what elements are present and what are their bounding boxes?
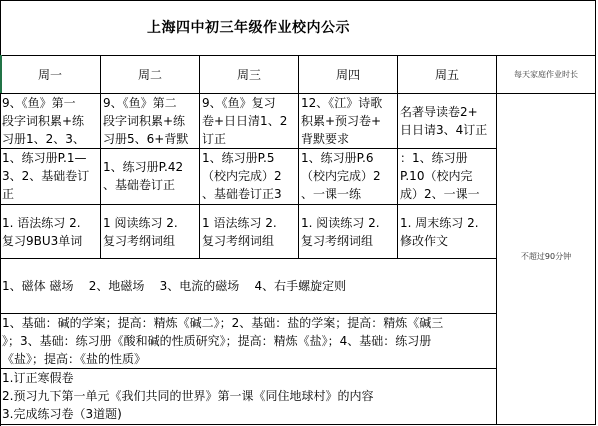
english-monday: 1. 语法练习 2.复习9BU3单词: [0, 205, 101, 259]
cell-text-line: 》；3、基础：练习册《酸和碱的性质研究》；提高：精炼《盐》；4、基础：练习册: [2, 332, 494, 350]
cell-text-line: 《盐》；提高：《盐的性质》: [2, 350, 494, 368]
cell-text-line: 1. 语法练习 2.: [2, 214, 98, 232]
chinese-tuesday: 9、《鱼》第二段字词积累+练习册5、6+背默: [101, 94, 200, 149]
cell-text-line: 3.完成练习卷（3道题): [2, 405, 494, 423]
cell-text-line: 、基础卷订正: [103, 176, 197, 194]
cell-text-line: 修改作文: [400, 232, 494, 250]
cell-text-line: 12、《江》诗歌: [301, 94, 395, 112]
chemistry-week: 1、基础：碱的学案；提高：精炼《碱二》；2、基础：盐的学案；提高：精炼《碱三》；…: [0, 314, 497, 369]
politics-week: 1.订正寒假卷2.预习九下第一单元《我们共同的世界》第一课《同住地球村》的内容3…: [0, 369, 497, 425]
cell-text-line: 9、《鱼》复习: [202, 94, 296, 112]
cell-text-line: 习册1、2、3、: [2, 130, 98, 148]
cell-text-line: 段字词积累+练: [2, 112, 98, 130]
cell-text-line: 习册5、6+背默: [103, 130, 197, 148]
cell-text-line: 9、《鱼》第二: [103, 94, 197, 112]
math-thursday: 1、练习册P.6（校内完成）2、一课一练: [299, 149, 398, 205]
daily-duration-value: 不超过90分钟: [497, 94, 596, 425]
english-tuesday: 1 阅读练习 2.复习考纲词组: [101, 205, 200, 259]
math-wednesday: 1、练习册P.5（校内完成）2、基础卷订正3: [200, 149, 299, 205]
english-friday: 1. 周末练习 2.修改作文: [398, 205, 497, 259]
chinese-monday: 9、《鱼》第一段字词积累+练习册1、2、3、: [0, 94, 101, 149]
cell-text-line: 、基础卷订正3: [202, 185, 296, 203]
cell-text-line: 9、《鱼》第一: [2, 94, 98, 112]
cell-text-line: 订正: [202, 130, 296, 148]
cell-text-line: （校内完成）2: [202, 167, 296, 185]
time-limit-text: 不超过90分钟: [521, 248, 571, 266]
cell-text-line: （校内完成）2: [301, 167, 395, 185]
header-monday: 周一: [0, 56, 101, 94]
cell-text-line: 1、练习册P.42: [103, 158, 197, 176]
cell-text-line: 日日请3、4订正: [400, 121, 494, 139]
physics-week: 1、磁体 磁场 2、地磁场 3、电流的磁场 4、右手螺旋定则: [0, 259, 497, 314]
english-wednesday: 1 语法练习 2.复习考纲词组: [200, 205, 299, 259]
cell-text-line: 1 语法练习 2.: [202, 214, 296, 232]
cell-text-line: 1、练习册P.5: [202, 149, 296, 167]
header-wednesday: 周三: [200, 56, 299, 94]
english-thursday: 1. 阅读练习 2.复习考纲词组: [299, 205, 398, 259]
header-tuesday: 周二: [101, 56, 200, 94]
cell-text-line: 复习考纲词组: [103, 232, 197, 250]
chinese-friday: 名著导读卷2+日日请3、4订正: [398, 94, 497, 149]
chinese-wednesday: 9、《鱼》复习卷+日日清1、2订正: [200, 94, 299, 149]
cell-text-line: 积累+预习卷+: [301, 112, 395, 130]
cell-text-line: 复习考纲词组: [202, 232, 296, 250]
cell-text-line: 1、基础：碱的学案；提高：精炼《碱二》；2、基础：盐的学案；提高：精炼《碱三: [2, 314, 494, 332]
cell-text-line: 名著导读卷2+: [400, 103, 494, 121]
chinese-thursday: 12、《江》诗歌积累+预习卷+背默要求: [299, 94, 398, 149]
cell-text-line: 复习9BU3单词: [2, 232, 98, 250]
page-title: 上海四中初三年级作业校内公示: [0, 0, 596, 56]
header-daily-duration: 每天家庭作业时长: [497, 56, 596, 94]
cell-text-line: 1. 阅读练习 2.: [301, 214, 395, 232]
cell-text-line: 成）2、一课一: [400, 185, 494, 203]
cell-text-line: 背默要求: [301, 130, 395, 148]
cell-text-line: 正: [2, 185, 98, 203]
cell-text-line: 段字词积累+练: [103, 112, 197, 130]
homework-table: 上海四中初三年级作业校内公示 周一 周二 周三 周四 周五 每天家庭作业时长 不…: [0, 0, 598, 426]
cell-text-line: 复习考纲词组: [301, 232, 395, 250]
cell-text-line: 1、练习册P.1—: [2, 149, 98, 167]
cell-text-line: 、一课一练: [301, 185, 395, 203]
math-tuesday: 1、练习册P.42、基础卷订正: [101, 149, 200, 205]
cell-text-line: 1.订正寒假卷: [2, 369, 494, 387]
cell-text-line: 3、2、基础卷订: [2, 167, 98, 185]
cell-text-line: ：1、练习册: [400, 149, 494, 167]
cell-text-line: 卷+日日清1、2: [202, 112, 296, 130]
cell-text-line: 2.预习九下第一单元《我们共同的世界》第一课《同住地球村》的内容: [2, 387, 494, 405]
cell-text-line: P.10（校内完: [400, 167, 494, 185]
cell-text-line: 1 阅读练习 2.: [103, 214, 197, 232]
header-thursday: 周四: [299, 56, 398, 94]
cell-text-line: 1、练习册P.6: [301, 149, 395, 167]
math-friday: ：1、练习册P.10（校内完成）2、一课一: [398, 149, 497, 205]
math-monday: 1、练习册P.1—3、2、基础卷订正: [0, 149, 101, 205]
cell-text-line: 1. 周末练习 2.: [400, 214, 494, 232]
header-friday: 周五: [398, 56, 497, 94]
